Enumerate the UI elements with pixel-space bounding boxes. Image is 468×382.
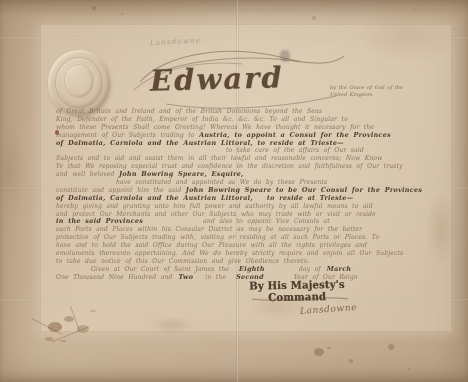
seal-crest bbox=[64, 64, 94, 98]
heading-edward: Edward bbox=[150, 60, 285, 97]
body-text: of Great Britain and Ireland and of the … bbox=[56, 104, 420, 278]
document-photo: Lansdowne Edward by the Grace of God of … bbox=[0, 0, 468, 382]
document-line: hereby giving and granting unto him full… bbox=[56, 199, 420, 207]
document-line: have and to hold the said Office during … bbox=[56, 238, 420, 246]
document-line: whom these Presents Shall come Greeting!… bbox=[56, 120, 420, 128]
document-line: such Ports and Places within his Consula… bbox=[56, 222, 420, 230]
document-line: emoluments thereunto appertaining. And W… bbox=[56, 246, 420, 254]
command-underline-flourish bbox=[250, 293, 350, 303]
document-line: of Great Britain and Ireland and of the … bbox=[56, 104, 420, 112]
document-line: King, Defender of the Faith, Emperor of … bbox=[56, 112, 420, 120]
printed-text: in the bbox=[205, 274, 226, 281]
document-line: protection of Our Subjects trading with,… bbox=[56, 230, 420, 238]
document-line: and protect Our Merchants and other Our … bbox=[56, 207, 420, 215]
document-line: Subjects and to aid and assist them in a… bbox=[56, 151, 420, 159]
document-line: constitute and appoint him the said John… bbox=[56, 183, 420, 191]
fold-crease-horizontal-1 bbox=[0, 36, 468, 39]
printed-text: One Thousand Nine Hundred and bbox=[56, 274, 173, 281]
heading-continuation: by the Grace of God of the United Kingdo… bbox=[330, 85, 418, 98]
manuscript-text: Two bbox=[179, 273, 194, 281]
document-line: management of Our Subjects trading to Au… bbox=[56, 128, 420, 136]
manuscript-text: Second bbox=[236, 273, 264, 281]
document-line: Given at Our Court of Saint James theEig… bbox=[56, 262, 420, 270]
printed-text: and well beloved bbox=[56, 171, 119, 178]
document-line: One Thousand Nine Hundred andTwoin theSe… bbox=[56, 270, 420, 278]
document-line: Ye that We reposing especial trust and c… bbox=[56, 159, 420, 167]
